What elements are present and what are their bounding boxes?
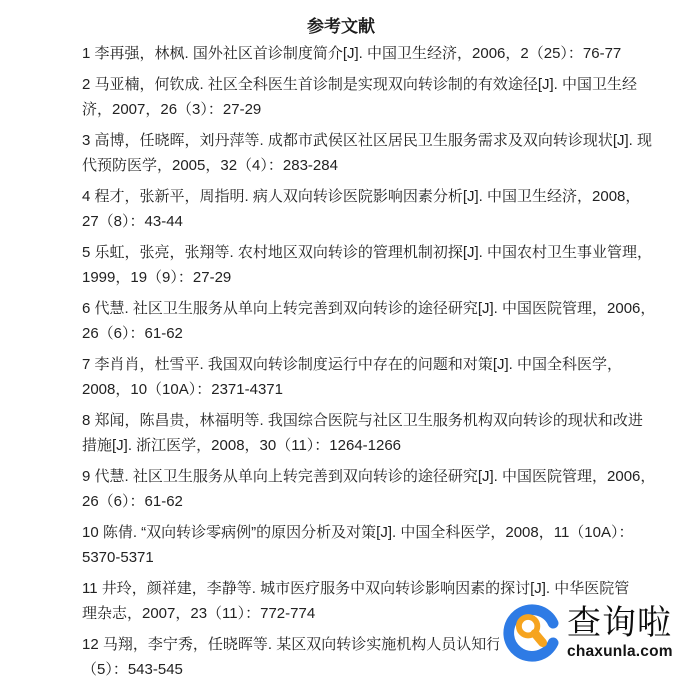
- reference-item: 5 乐虹，张亮，张翔等. 农村地区双向转诊的管理机制初探[J]. 中国农村卫生事…: [82, 240, 650, 290]
- reference-line: 8 郑闻，陈昌贵，林福明等. 我国综合医院与社区卫生服务机构双向转诊的现状和改进: [82, 408, 650, 433]
- watermark: 查询啦 chaxunla.com: [499, 597, 682, 668]
- reference-line: 3 高博，任晓晖，刘丹萍等. 成都市武侯区社区居民卫生服务需求及双向转诊现状[J…: [82, 128, 650, 153]
- reference-line: 6 代慧. 社区卫生服务从单向上转完善到双向转诊的途径研究[J]. 中国医院管理…: [82, 296, 650, 321]
- watermark-text-block: 查询啦 chaxunla.com: [567, 605, 673, 660]
- reference-item: 2 马亚楠，何钦成. 社区全科医生首诊制是实现双向转诊制的有效途径[J]. 中国…: [82, 72, 650, 122]
- reference-line: 济，2007，26（3）：27-29: [82, 97, 650, 122]
- reference-item: 4 程才，张新平，周指明. 病人双向转诊医院影响因素分析[J]. 中国卫生经济，…: [82, 184, 650, 234]
- reference-item: 1 李再强，林枫. 国外社区首诊制度简介[J]. 中国卫生经济，2006，2（2…: [82, 41, 650, 66]
- magnifier-logo-icon: [499, 600, 565, 666]
- watermark-brand-text: 查询啦: [567, 605, 672, 643]
- reference-line: 9 代慧. 社区卫生服务从单向上转完善到双向转诊的途径研究[J]. 中国医院管理…: [82, 464, 650, 489]
- reference-line: 5370-5371: [82, 545, 650, 570]
- reference-line: 代预防医学，2005，32（4）：283-284: [82, 153, 650, 178]
- reference-line: 1999，19（9）：27-29: [82, 265, 650, 290]
- reference-line: 7 李肖肖，杜雪平. 我国双向转诊制度运行中存在的问题和对策[J]. 中国全科医…: [82, 352, 650, 377]
- reference-item: 3 高博，任晓晖，刘丹萍等. 成都市武侯区社区居民卫生服务需求及双向转诊现状[J…: [82, 128, 650, 178]
- reference-line: 26（6）：61-62: [82, 489, 650, 514]
- reference-line: 2 马亚楠，何钦成. 社区全科医生首诊制是实现双向转诊制的有效途径[J]. 中国…: [82, 72, 650, 97]
- document-page: 参考文献 1 李再强，林枫. 国外社区首诊制度简介[J]. 中国卫生经济，200…: [0, 0, 682, 682]
- reference-line: 1 李再强，林枫. 国外社区首诊制度简介[J]. 中国卫生经济，2006，2（2…: [82, 41, 650, 66]
- reference-line: 5 乐虹，张亮，张翔等. 农村地区双向转诊的管理机制初探[J]. 中国农村卫生事…: [82, 240, 650, 265]
- reference-item: 8 郑闻，陈昌贵，林福明等. 我国综合医院与社区卫生服务机构双向转诊的现状和改进…: [82, 408, 650, 458]
- reference-line: 2008，10（10A）：2371-4371: [82, 377, 650, 402]
- reference-item: 6 代慧. 社区卫生服务从单向上转完善到双向转诊的途径研究[J]. 中国医院管理…: [82, 296, 650, 346]
- reference-line: 4 程才，张新平，周指明. 病人双向转诊医院影响因素分析[J]. 中国卫生经济，…: [82, 184, 650, 209]
- reference-list: 1 李再强，林枫. 国外社区首诊制度简介[J]. 中国卫生经济，2006，2（2…: [82, 41, 650, 682]
- watermark-domain-text: chaxunla.com: [567, 643, 673, 660]
- page-title: 参考文献: [0, 12, 682, 37]
- reference-line: 26（6）：61-62: [82, 321, 650, 346]
- reference-line: 措施[J]. 浙江医学，2008，30（11）：1264-1266: [82, 433, 650, 458]
- logo-handle-shape: [535, 633, 543, 642]
- reference-item: 10 陈倩. “双向转诊零病例”的原因分析及对策[J]. 中国全科医学，2008…: [82, 520, 650, 570]
- reference-item: 9 代慧. 社区卫生服务从单向上转完善到双向转诊的途径研究[J]. 中国医院管理…: [82, 464, 650, 514]
- reference-line: 10 陈倩. “双向转诊零病例”的原因分析及对策[J]. 中国全科医学，2008…: [82, 520, 650, 545]
- reference-item: 7 李肖肖，杜雪平. 我国双向转诊制度运行中存在的问题和对策[J]. 中国全科医…: [82, 352, 650, 402]
- reference-line: 27（8）：43-44: [82, 209, 650, 234]
